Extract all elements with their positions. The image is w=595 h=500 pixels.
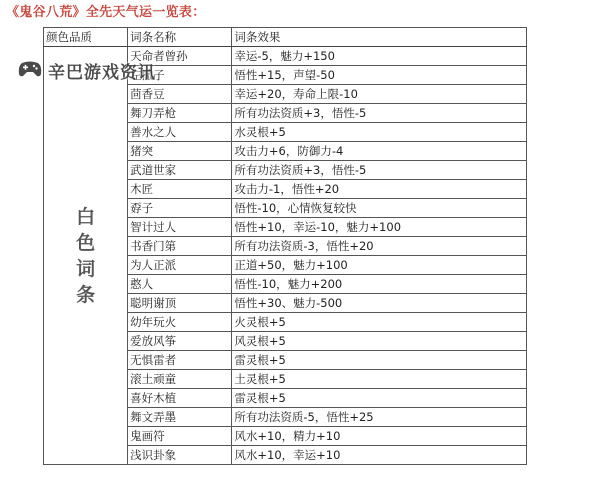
trait-name: 聪明谢顶 [128, 294, 232, 313]
trait-name: 爱放风筝 [128, 332, 232, 351]
trait-name: 善水之人 [128, 123, 232, 142]
trait-effect: 幸运+20，寿命上限-10 [232, 85, 527, 104]
trait-effect: 攻击力+6，防御力-4 [232, 142, 527, 161]
trait-name: 猪突 [128, 142, 232, 161]
trait-name: 幼年玩火 [128, 313, 232, 332]
trait-effect: 雷灵根+5 [232, 351, 527, 370]
trait-effect: 攻击力-1，悟性+20 [232, 180, 527, 199]
header-quality: 颜色品质 [44, 28, 128, 47]
trait-effect: 风水+10，精力+10 [232, 427, 527, 446]
trait-effect: 正道+50，魅力+100 [232, 256, 527, 275]
trait-name: 鬼画符 [128, 427, 232, 446]
quality-cell: 白色词条 [44, 47, 128, 465]
trait-name: 喜好木植 [128, 389, 232, 408]
trait-name: 武道世家 [128, 161, 232, 180]
trait-name: 舞文弄墨 [128, 408, 232, 427]
trait-name: 孬子 [128, 199, 232, 218]
trait-name: 书香门第 [128, 237, 232, 256]
trait-effect: 所有功法资质-5，悟性+25 [232, 408, 527, 427]
trait-effect: 风水+10，幸运+10 [232, 446, 527, 465]
trait-effect: 土灵根+5 [232, 370, 527, 389]
trait-effect: 悟性+30、魅力-500 [232, 294, 527, 313]
trait-name: 木匠 [128, 180, 232, 199]
trait-effect: 悟性-10，魅力+200 [232, 275, 527, 294]
trait-name: 无惧雷者 [128, 351, 232, 370]
trait-name: 智计过人 [128, 218, 232, 237]
trait-effect: 风灵根+5 [232, 332, 527, 351]
trait-effect: 火灵根+5 [232, 313, 527, 332]
trait-effect: 悟性+10，幸运-10，魅力+100 [232, 218, 527, 237]
trait-name: 茴香豆 [128, 85, 232, 104]
trait-effect: 水灵根+5 [232, 123, 527, 142]
trait-name: 为人正派 [128, 256, 232, 275]
trait-name: 滚土顽童 [128, 370, 232, 389]
table-header-row: 颜色品质 词条名称 词条效果 [44, 28, 527, 47]
gamepad-icon [18, 60, 42, 82]
trait-effect: 所有功法资质+3，悟性-5 [232, 104, 527, 123]
trait-effect: 所有功法资质-3，悟性+20 [232, 237, 527, 256]
page-title: 《鬼谷八荒》全先天气运一览表： [6, 1, 206, 20]
header-effect: 词条效果 [232, 28, 527, 47]
trait-effect: 悟性-10，心情恢复较快 [232, 199, 527, 218]
trait-effect: 悟性+15，声望-50 [232, 66, 527, 85]
trait-name: 憨人 [128, 275, 232, 294]
header-name: 词条名称 [128, 28, 232, 47]
watermark-text: 辛巴游戏资讯 [48, 58, 156, 83]
trait-effect: 幸运-5，魅力+150 [232, 47, 527, 66]
quality-label: 白色词条 [75, 204, 97, 308]
watermark: 辛巴游戏资讯 [18, 58, 156, 83]
trait-name: 舞刀弄枪 [128, 104, 232, 123]
trait-effect: 所有功法资质+3，悟性-5 [232, 161, 527, 180]
trait-effect: 雷灵根+5 [232, 389, 527, 408]
fortune-table: 颜色品质 词条名称 词条效果 白色词条天命者曾孙幸运-5，魅力+150左撇子悟性… [43, 27, 527, 465]
trait-name: 浅识卦象 [128, 446, 232, 465]
